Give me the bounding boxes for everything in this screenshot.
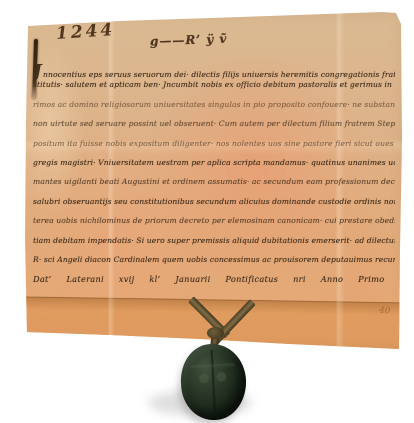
charter-text-line: mantes uigilanti beati Augustini et ordi…: [33, 177, 395, 196]
charter-text-line: salubri obseruantijs seu constitutionibu…: [33, 197, 395, 216]
charter-text-line: non uirtute sed seruare possint uel obse…: [33, 119, 395, 138]
charter-text-line: terea uobis nichilominus de priorum decr…: [33, 216, 395, 235]
charter-text-line: R· sci Angeli diacon Cardinalem quem uob…: [33, 255, 395, 274]
charter-text-line: Jnnocentius eps seruus seruorum dei· dil…: [33, 61, 395, 80]
charter-dateline: Dat’ Laterani xvij kl’ Januarii Pontific…: [33, 274, 395, 293]
charter-text-line: positum ita fuisse nobis expositum dilig…: [33, 139, 395, 158]
charter-text: Jnnocentius eps seruus seruorum dei· dil…: [33, 61, 395, 294]
charter-text-line: gregis magistri· Vniuersitatem uestram p…: [33, 158, 395, 177]
plica-number-annotation: 40: [379, 306, 391, 317]
charter-text-line: tiam debitam impendatis· Si uero super p…: [33, 236, 395, 255]
seal-relief: [186, 349, 240, 414]
archival-year-annotation: 1244: [55, 20, 116, 44]
seal-cord-knot: [207, 327, 224, 339]
charter-text-line: rimos ac domino religiosorum uniuersitat…: [33, 100, 395, 119]
chancery-mark: g——R’ ÿ ṽ: [150, 32, 228, 49]
photo-background: 1244 g——R’ ÿ ṽ Jnnocentius eps seruus se…: [0, 0, 414, 423]
charter-text-line: stitutis· salutem et apticam ben· Jncumb…: [33, 80, 395, 99]
